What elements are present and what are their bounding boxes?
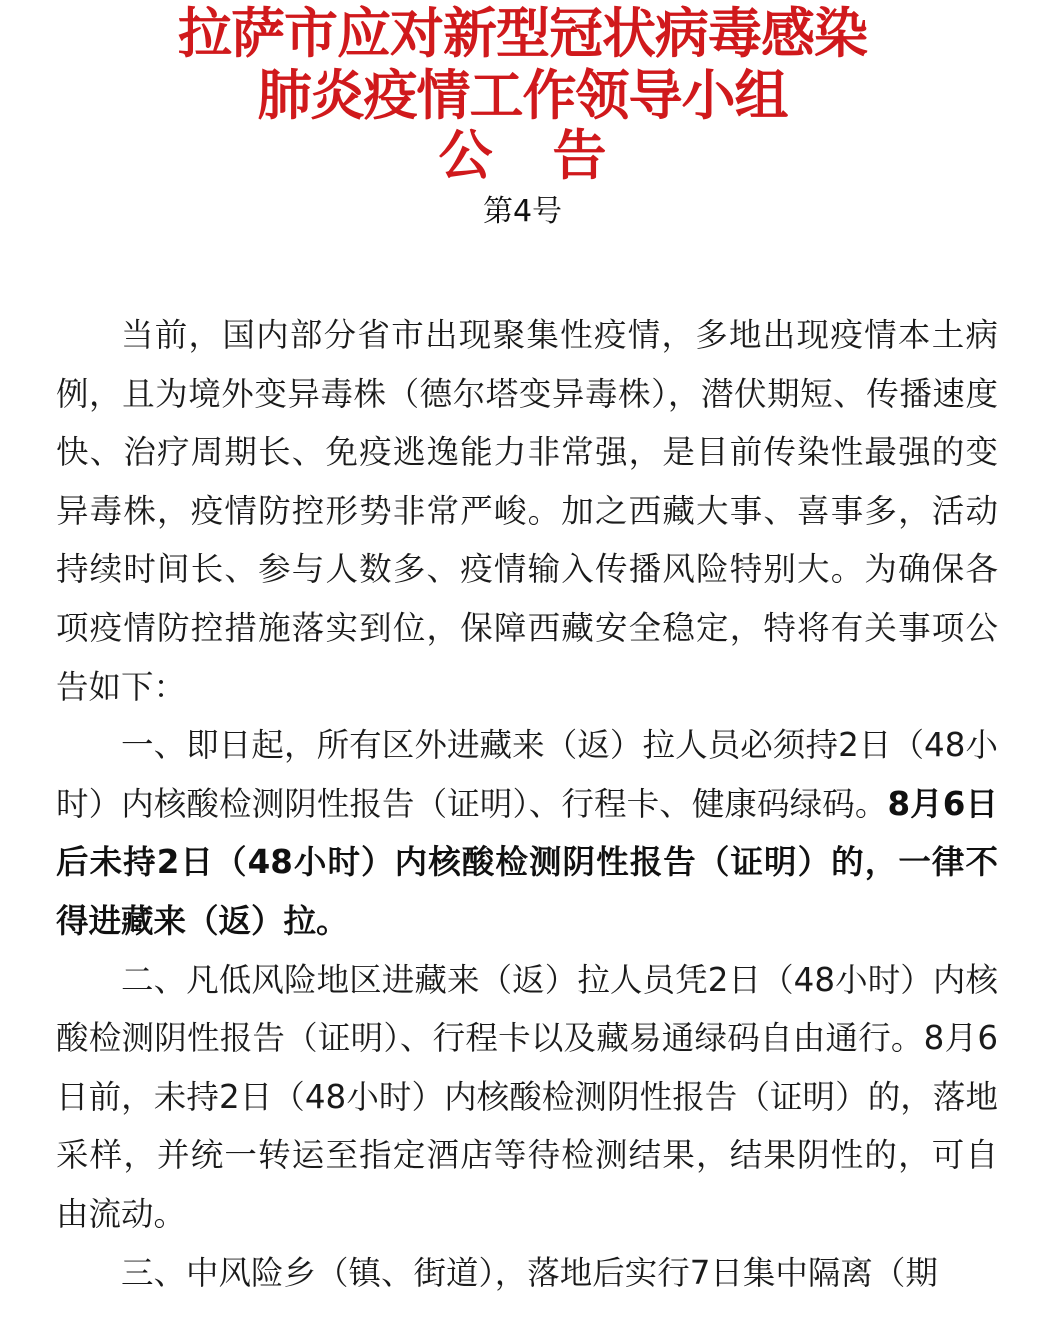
- paragraph-item-2: 二、凡低风险地区进藏来（返）拉人员凭2日（48小时）内核酸检测阴性报告（证明）、…: [56, 951, 998, 1244]
- paragraph-intro: 当前，国内部分省市出现聚集性疫情，多地出现疫情本土病例，且为境外变异毒株（德尔塔…: [56, 306, 998, 716]
- announcement-title-line-3: 公告: [0, 124, 1045, 188]
- paragraph-item-3-text: 三、中风险乡（镇、街道），落地后实行7日集中隔离（期: [121, 1254, 938, 1292]
- announcement-title-line-2: 肺炎疫情工作领导小组: [0, 64, 1045, 128]
- paragraph-item-1: 一、即日起，所有区外进藏来（返）拉人员必须持2日（48小时）内核酸检测阴性报告（…: [56, 716, 998, 950]
- paragraph-intro-text: 当前，国内部分省市出现聚集性疫情，多地出现疫情本土病例，且为境外变异毒株（德尔塔…: [56, 316, 998, 706]
- announcement-body: 当前，国内部分省市出现聚集性疫情，多地出现疫情本土病例，且为境外变异毒株（德尔塔…: [56, 306, 998, 1302]
- announcement-title-line-1: 拉萨市应对新型冠状病毒感染: [0, 2, 1045, 66]
- paragraph-item-1-text: 一、即日起，所有区外进藏来（返）拉人员必须持2日（48小时）内核酸检测阴性报告（…: [56, 726, 998, 823]
- paragraph-item-2-text: 二、凡低风险地区进藏来（返）拉人员凭2日（48小时）内核酸检测阴性报告（证明）、…: [56, 961, 998, 1233]
- paragraph-item-3: 三、中风险乡（镇、街道），落地后实行7日集中隔离（期: [56, 1244, 998, 1303]
- document-number: 第4号: [0, 192, 1045, 232]
